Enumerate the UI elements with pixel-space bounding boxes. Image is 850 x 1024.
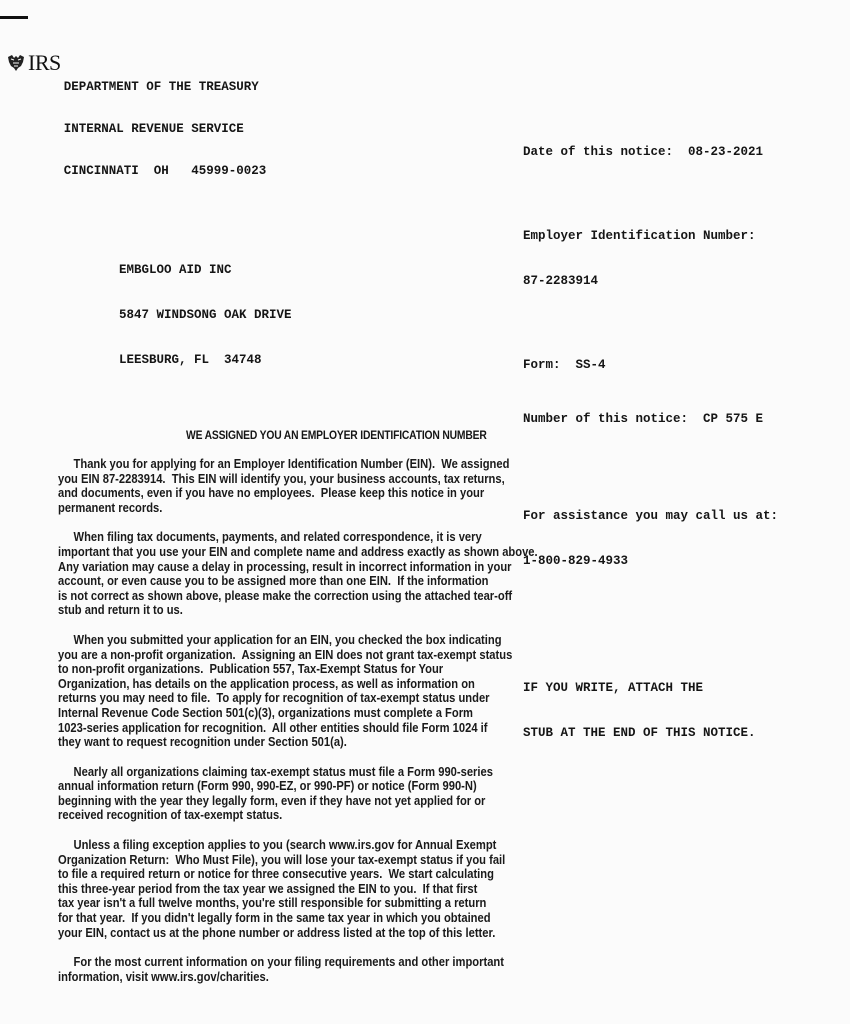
paragraph: Unless a filing exception applies to you… xyxy=(58,838,832,940)
irs-wordmark: IRS xyxy=(28,52,61,74)
paragraph: For the most current information on your… xyxy=(58,955,832,984)
paragraph: Thank you for applying for an Employer I… xyxy=(58,457,832,515)
notice-date: Date of this notice: 08-23-2021 xyxy=(523,145,778,160)
registration-mark xyxy=(0,16,28,19)
recipient-city: LEESBURG, FL 34748 xyxy=(119,353,292,368)
ein-value: 87-2283914 xyxy=(523,274,778,289)
form-type: Form: SS-4 xyxy=(523,358,778,373)
irs-notice-page: IRS DEPARTMENT OF THE TREASURY INTERNAL … xyxy=(0,0,850,1024)
paragraph: Nearly all organizations claiming tax-ex… xyxy=(58,765,832,823)
recipient-street: 5847 WINDSONG OAK DRIVE xyxy=(119,308,292,323)
irs-eagle-icon xyxy=(6,54,26,72)
letter-body: Thank you for applying for an Employer I… xyxy=(58,457,832,999)
paragraph: When filing tax documents, payments, and… xyxy=(58,530,832,618)
ein-label: Employer Identification Number: xyxy=(523,229,778,244)
agency-line: INTERNAL REVENUE SERVICE xyxy=(64,122,267,136)
recipient-name: EMBGLOO AID INC xyxy=(119,263,292,278)
agency-line: DEPARTMENT OF THE TREASURY xyxy=(64,80,267,94)
letterhead: IRS DEPARTMENT OF THE TREASURY INTERNAL … xyxy=(6,52,266,206)
ein-block: Employer Identification Number: 87-22839… xyxy=(523,199,778,319)
paragraph: When you submitted your application for … xyxy=(58,633,832,750)
agency-line: CINCINNATI OH 45999-0023 xyxy=(64,164,267,178)
letter-title: WE ASSIGNED YOU AN EMPLOYER IDENTIFICATI… xyxy=(186,428,487,442)
irs-logo: IRS xyxy=(6,52,61,74)
recipient-address: EMBGLOO AID INC 5847 WINDSONG OAK DRIVE … xyxy=(119,233,292,398)
notice-number: Number of this notice: CP 575 E xyxy=(523,412,778,427)
agency-address: DEPARTMENT OF THE TREASURY INTERNAL REVE… xyxy=(64,52,267,206)
